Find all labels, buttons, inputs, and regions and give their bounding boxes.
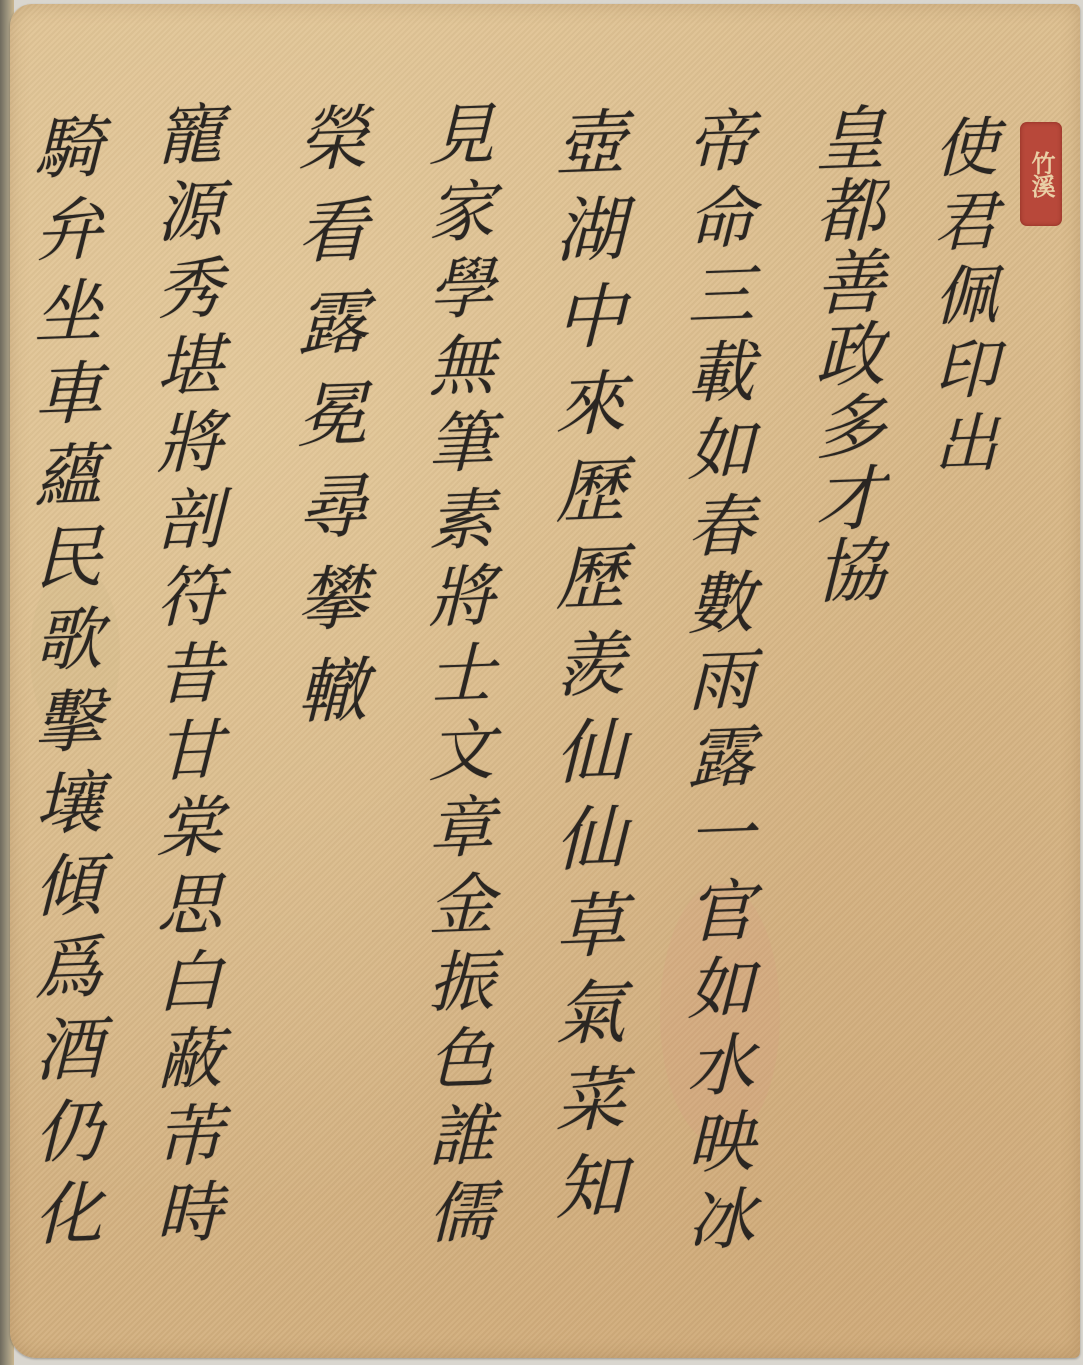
column-5: 見家學無筆素將士文章金振色誰儒 <box>422 99 488 1256</box>
manuscript-page: 竹溪 使君佩印出 皇都善政多才協 帝命三載如春數雨露一官如水映冰 壺湖中來歷歷羨… <box>10 4 1080 1358</box>
column-4: 壺湖中來歷歷羨仙仙草氣菜知 <box>550 105 620 1238</box>
column-8: 騎弁坐車蘊民歌擊壤傾爲酒仍化 <box>28 111 96 1261</box>
column-1-title: 使君佩印出 <box>928 113 992 485</box>
column-7: 寵源秀堪將剖符昔甘棠思白蔽芾時 <box>150 99 216 1256</box>
column-2: 皇都善政多才協 <box>810 101 880 607</box>
column-6: 榮看露冕尋攀轍 <box>292 101 362 747</box>
column-3: 帝命三載如春數雨露一官如水映冰 <box>682 105 749 1262</box>
text-columns: 使君佩印出 皇都善政多才協 帝命三載如春數雨露一官如水映冰 壺湖中來歷歷羨仙仙草… <box>10 4 1080 1358</box>
